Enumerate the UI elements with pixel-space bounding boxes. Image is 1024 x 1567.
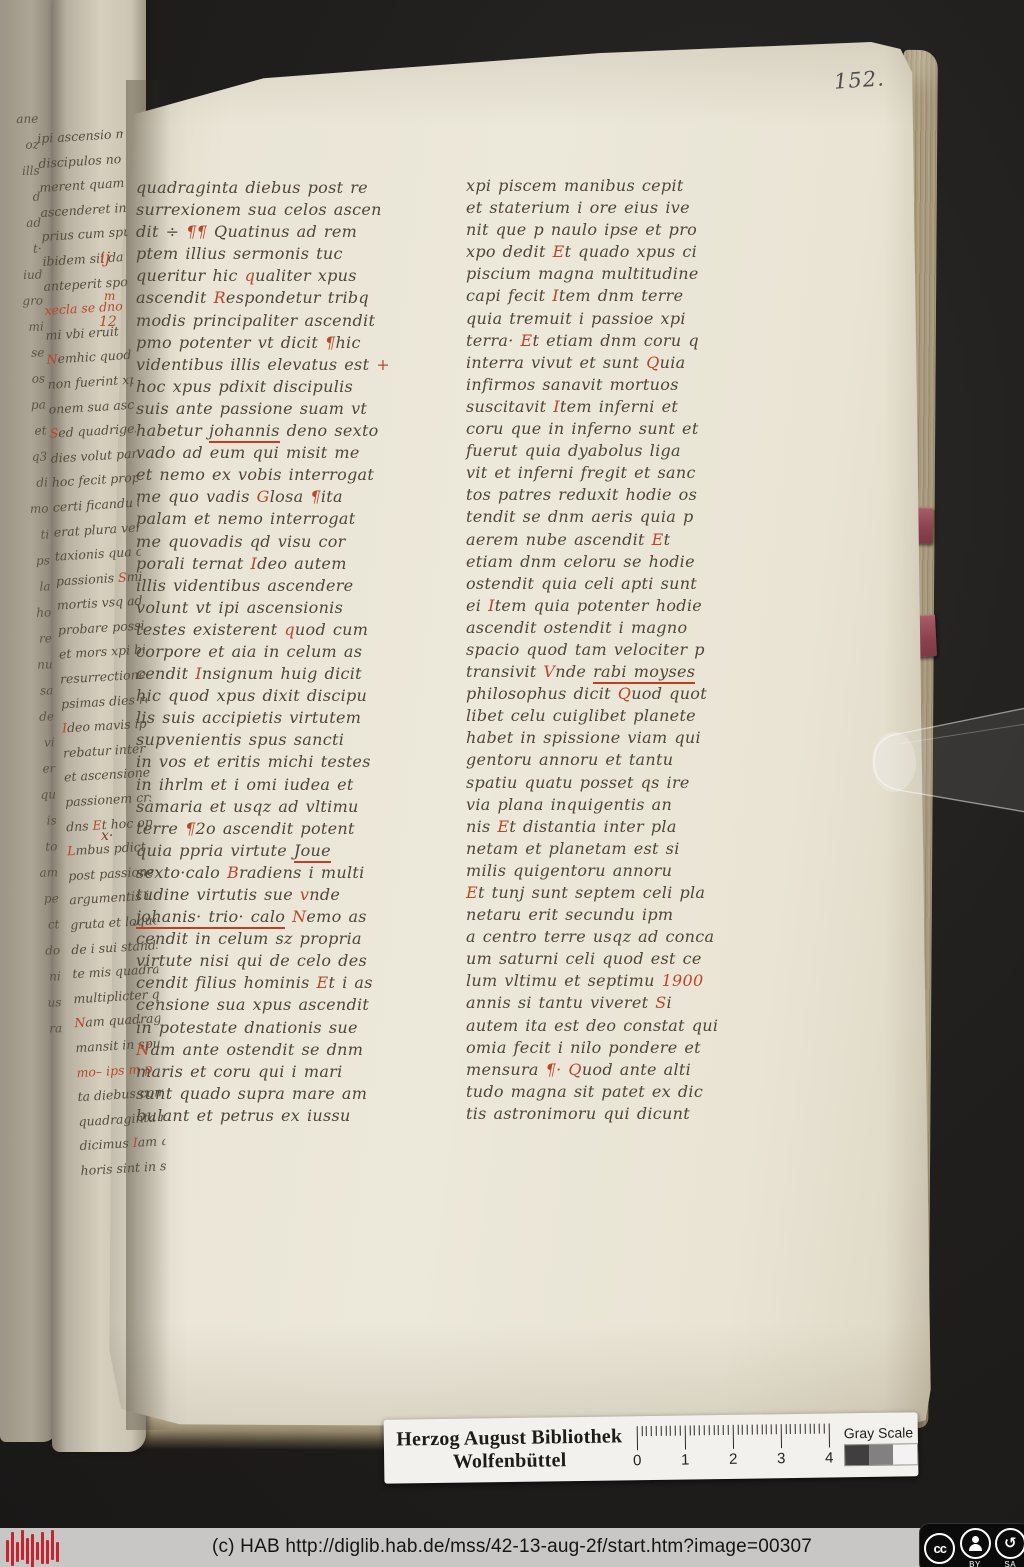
manuscript-line: de <box>4 709 55 736</box>
manuscript-line: tudo magna sit patet ex dic <box>466 1082 801 1104</box>
manuscript-line: cendit filius hominis Et i as <box>136 973 471 995</box>
manuscript-line: sunt quado supra mare am <box>136 1084 471 1106</box>
manuscript-line: horis sint in sepul <box>80 1158 167 1188</box>
manuscript-line: netam et planetam est si <box>466 839 801 861</box>
manuscript-line: mensura ¶· Quod ante alti <box>466 1060 801 1082</box>
manuscript-line: ra <box>12 1021 63 1048</box>
manuscript-line: nu <box>2 657 53 684</box>
manuscript-line: tos patres reduxit hodie os <box>466 485 801 507</box>
manuscript-line: fuerut quia dyabolus liga <box>466 441 801 463</box>
library-name-line1: Herzog August Bibliothek <box>384 1425 635 1452</box>
manuscript-line: pa <box>0 397 46 424</box>
manuscript-line: terra· Et etiam dnm coru q <box>466 331 801 353</box>
manuscript-line: in potestate dnationis sue <box>136 1018 471 1040</box>
manuscript-line: la <box>0 579 51 606</box>
manuscript-line: mo <box>0 501 49 528</box>
manuscript-line: samaria et usqz ad vltimu <box>136 797 471 819</box>
manuscript-line: via plana inquigentis an <box>466 795 801 817</box>
manuscript-line: os <box>0 371 46 398</box>
gray-scale-swatches <box>844 1443 918 1466</box>
manuscript-line: ps <box>0 553 50 580</box>
cc-by-person-icon <box>960 1528 991 1559</box>
manuscript-line: coru que in inferno sunt et <box>466 419 801 441</box>
manuscript-line: tudine virtutis sue vnde <box>136 885 471 907</box>
manuscript-line: ad <box>0 215 42 242</box>
manuscript-line: nit que p naulo ipse et pro <box>466 220 801 242</box>
manuscript-line: lis suis accipietis virtutem <box>136 708 471 730</box>
cc-icon: cc <box>924 1533 955 1564</box>
library-name-line2: Wolfenbüttel <box>384 1448 635 1475</box>
manuscript-line: johanis· trio· calo Nemo as <box>136 907 471 929</box>
manuscript-line: aerem nube ascendit Et <box>466 530 801 552</box>
manuscript-line: ane <box>0 112 39 139</box>
manuscript-line: volunt vt ipi ascensionis <box>136 598 471 620</box>
copyright-line: (c) HAB http://diglib.hab.de/mss/42-13-a… <box>0 1536 1024 1558</box>
manuscript-line: ei Item quia potenter hodie <box>466 596 801 618</box>
manuscript-line: terre ¶2o ascendit potent <box>136 819 471 841</box>
margin-mark: 12 <box>99 314 117 330</box>
manuscript-line: infirmos sanavit mortuos <box>466 375 801 397</box>
manuscript-line: cendit Insignum huig dicit <box>136 664 471 686</box>
manuscript-line: do <box>10 943 61 970</box>
manuscript-line: et nemo ex vobis interrogat <box>136 465 471 487</box>
manuscript-line: tis astronimoru qui dicunt <box>466 1104 801 1126</box>
manuscript-line: milis quigentoru annoru <box>466 861 801 883</box>
manuscript-line: suis ante passione suam vt <box>136 399 471 421</box>
manuscript-line: transivit Vnde rabi moyses <box>466 662 801 684</box>
manuscript-line: censione sua xpus ascendit <box>136 995 471 1017</box>
manuscript-line: ni <box>11 969 62 996</box>
manuscript-line: gentoru annoru et tantu <box>466 750 801 772</box>
manuscript-line: di <box>0 475 48 502</box>
gray-scale-patch: Gray Scale <box>844 1424 919 1466</box>
digitized-manuscript-scan: aneozillsdadt·iudgromiseospaetq3dimotips… <box>0 0 1024 1567</box>
manuscript-line: interra vivut et sunt Quia <box>466 353 801 375</box>
manuscript-line: quia ppria virtute Joue <box>136 841 471 863</box>
manuscript-line: ho <box>1 605 52 632</box>
manuscript-line: cendit in celum sz propria <box>136 929 471 951</box>
manuscript-line: et <box>0 423 47 450</box>
margin-mark: ij <box>100 248 110 267</box>
manuscript-line: xpo dedit Et quado xpus ci <box>466 242 801 264</box>
manuscript-line: gro <box>0 293 44 320</box>
manuscript-line: lum vltimu et septimu 1900 <box>466 971 801 993</box>
manuscript-line: palam et nemo interrogat <box>136 509 471 531</box>
manuscript-line: ti <box>0 527 50 554</box>
text-column-right: xpi piscem manibus cepitet staterium i o… <box>466 176 801 1126</box>
manuscript-line: se <box>0 345 45 372</box>
manuscript-line: sa <box>3 683 54 710</box>
cc-sa-arrow-icon: ↺ <box>995 1528 1024 1559</box>
cc-by-label: BY <box>969 1560 981 1567</box>
margin-mark: m <box>104 289 115 303</box>
manuscript-line: omia fecit i nilo pondere et <box>466 1038 801 1060</box>
manuscript-line: virtute nisi qui de celo des <box>136 951 471 973</box>
cc-sa-label: SA <box>1004 1560 1016 1567</box>
manuscript-line: q3 <box>0 449 48 476</box>
manuscript-line: ostendit quia celi apti sunt <box>466 574 801 596</box>
manuscript-line: ills <box>0 164 40 191</box>
manuscript-line: queritur hic qualiter xpus <box>136 266 471 288</box>
manuscript-line: etiam dnm celoru se hodie <box>466 552 801 574</box>
manuscript-line: vi <box>4 735 55 762</box>
manuscript-line: in ihrlm et i omi iudea et <box>136 775 471 797</box>
manuscript-line: nis Et distantia inter pla <box>466 817 801 839</box>
manuscript-line: um saturni celi quod est ce <box>466 949 801 971</box>
cc-license-badge: cc BY ↺ SA <box>920 1524 1024 1567</box>
manuscript-line: porali ternat Ideo autem <box>136 554 471 576</box>
manuscript-line: pe <box>9 891 60 918</box>
manuscript-line: a centro terre usqz ad conca <box>466 927 801 949</box>
library-name: Herzog August Bibliothek Wolfenbüttel <box>384 1425 636 1474</box>
manuscript-line: capi fecit Item dnm terre <box>466 286 801 308</box>
manuscript-line: ascendit ostendit i magno <box>466 618 801 640</box>
manuscript-line: netaru erit secundu ipm <box>466 905 801 927</box>
manuscript-line: testes existerent quod cum <box>136 620 471 642</box>
manuscript-line: hoc xpus pdixit discipulis <box>136 377 471 399</box>
manuscript-line: me quo vadis Glosa ¶ita <box>136 487 471 509</box>
manuscript-line: annis si tantu viveret Si <box>466 993 801 1015</box>
manuscript-line: sexto·calo Bradiens i multi <box>136 863 471 885</box>
plastic-page-holder <box>866 700 1024 820</box>
manuscript-line: t· <box>0 241 42 268</box>
manuscript-line: habetur johannis deno sexto <box>136 421 471 443</box>
manuscript-line: autem ita est deo constat qui <box>466 1016 801 1038</box>
manuscript-line: suscitavit Item inferni et <box>466 397 801 419</box>
manuscript-line: oz <box>0 138 39 165</box>
manuscript-line: corpore et aia in celum as <box>136 642 471 664</box>
manuscript-line: Et tunj sunt septem celi pla <box>466 883 801 905</box>
manuscript-line: to <box>7 839 58 866</box>
manuscript-line: videntibus illis elevatus est + <box>136 355 471 377</box>
manuscript-line: ascendit Respondetur tribq <box>136 288 471 310</box>
manuscript-line: maris et coru qui i mari <box>136 1062 471 1084</box>
manuscript-line: et staterium i ore eius ive <box>466 198 801 220</box>
reference-scale-card: Herzog August Bibliothek Wolfenbüttel 01… <box>384 1412 919 1483</box>
text-column-left: quadraginta diebus post resurrexionem su… <box>136 178 471 1128</box>
manuscript-line: iud <box>0 267 43 294</box>
manuscript-line: tendit se dnm aeris quia p <box>466 507 801 529</box>
manuscript-line: supvenientis spus sancti <box>136 730 471 752</box>
manuscript-line: habet in spissione viam qui <box>466 728 801 750</box>
manuscript-line: me quovadis qd visu cor <box>136 532 471 554</box>
margin-mark: x· <box>101 828 113 844</box>
manuscript-line: piscium magna multitudine <box>466 264 801 286</box>
manuscript-line: quadraginta diebus post re <box>136 178 471 200</box>
manuscript-line: in vos et eritis michi testes <box>136 752 471 774</box>
manuscript-line: am <box>8 865 59 892</box>
manuscript-line: d <box>0 190 41 217</box>
manuscript-line: spatiu quatu posset qs ire <box>466 773 801 795</box>
manuscript-line: modis principaliter ascendit <box>136 311 471 333</box>
manuscript-line: pmo potenter vt dicit ¶hic <box>136 333 471 355</box>
manuscript-line: us <box>11 995 62 1022</box>
manuscript-line: dit ÷ ¶¶ Quatinus ad rem <box>136 222 471 244</box>
manuscript-line: libet celu cuiglibet planete <box>466 706 801 728</box>
manuscript-line: illis videntibus ascendere <box>136 576 471 598</box>
manuscript-line: ptem illius sermonis tuc <box>136 244 471 266</box>
manuscript-line: vado ad eum qui misit me <box>136 443 471 465</box>
manuscript-line: spacio quod tam velociter p <box>466 640 801 662</box>
manuscript-line: xpi piscem manibus cepit <box>466 176 801 198</box>
manuscript-line: quia tremuit i passioe xpi <box>466 309 801 331</box>
manuscript-line: surrexionem sua celos ascen <box>136 200 471 222</box>
manuscript-line: mi <box>0 319 44 346</box>
manuscript-line: philosophus dicit Quod quot <box>466 684 801 706</box>
cm-ruler: 01234 <box>637 1421 837 1472</box>
manuscript-line: Nam ante ostendit se dnm <box>136 1040 471 1062</box>
manuscript-line: qu <box>6 787 57 814</box>
manuscript-line: er <box>5 761 56 788</box>
manuscript-line: ct <box>9 917 60 944</box>
manuscript-line: re <box>2 631 53 658</box>
manuscript-line: is <box>7 813 58 840</box>
folio-number: 152. <box>833 66 885 93</box>
gray-scale-label: Gray Scale <box>844 1424 918 1441</box>
manuscript-line: vit et inferni fregit et sanc <box>466 463 801 485</box>
manuscript-line: bulant et petrus ex iussu <box>136 1106 471 1128</box>
manuscript-line: hic quod xpus dixit discipu <box>136 686 471 708</box>
